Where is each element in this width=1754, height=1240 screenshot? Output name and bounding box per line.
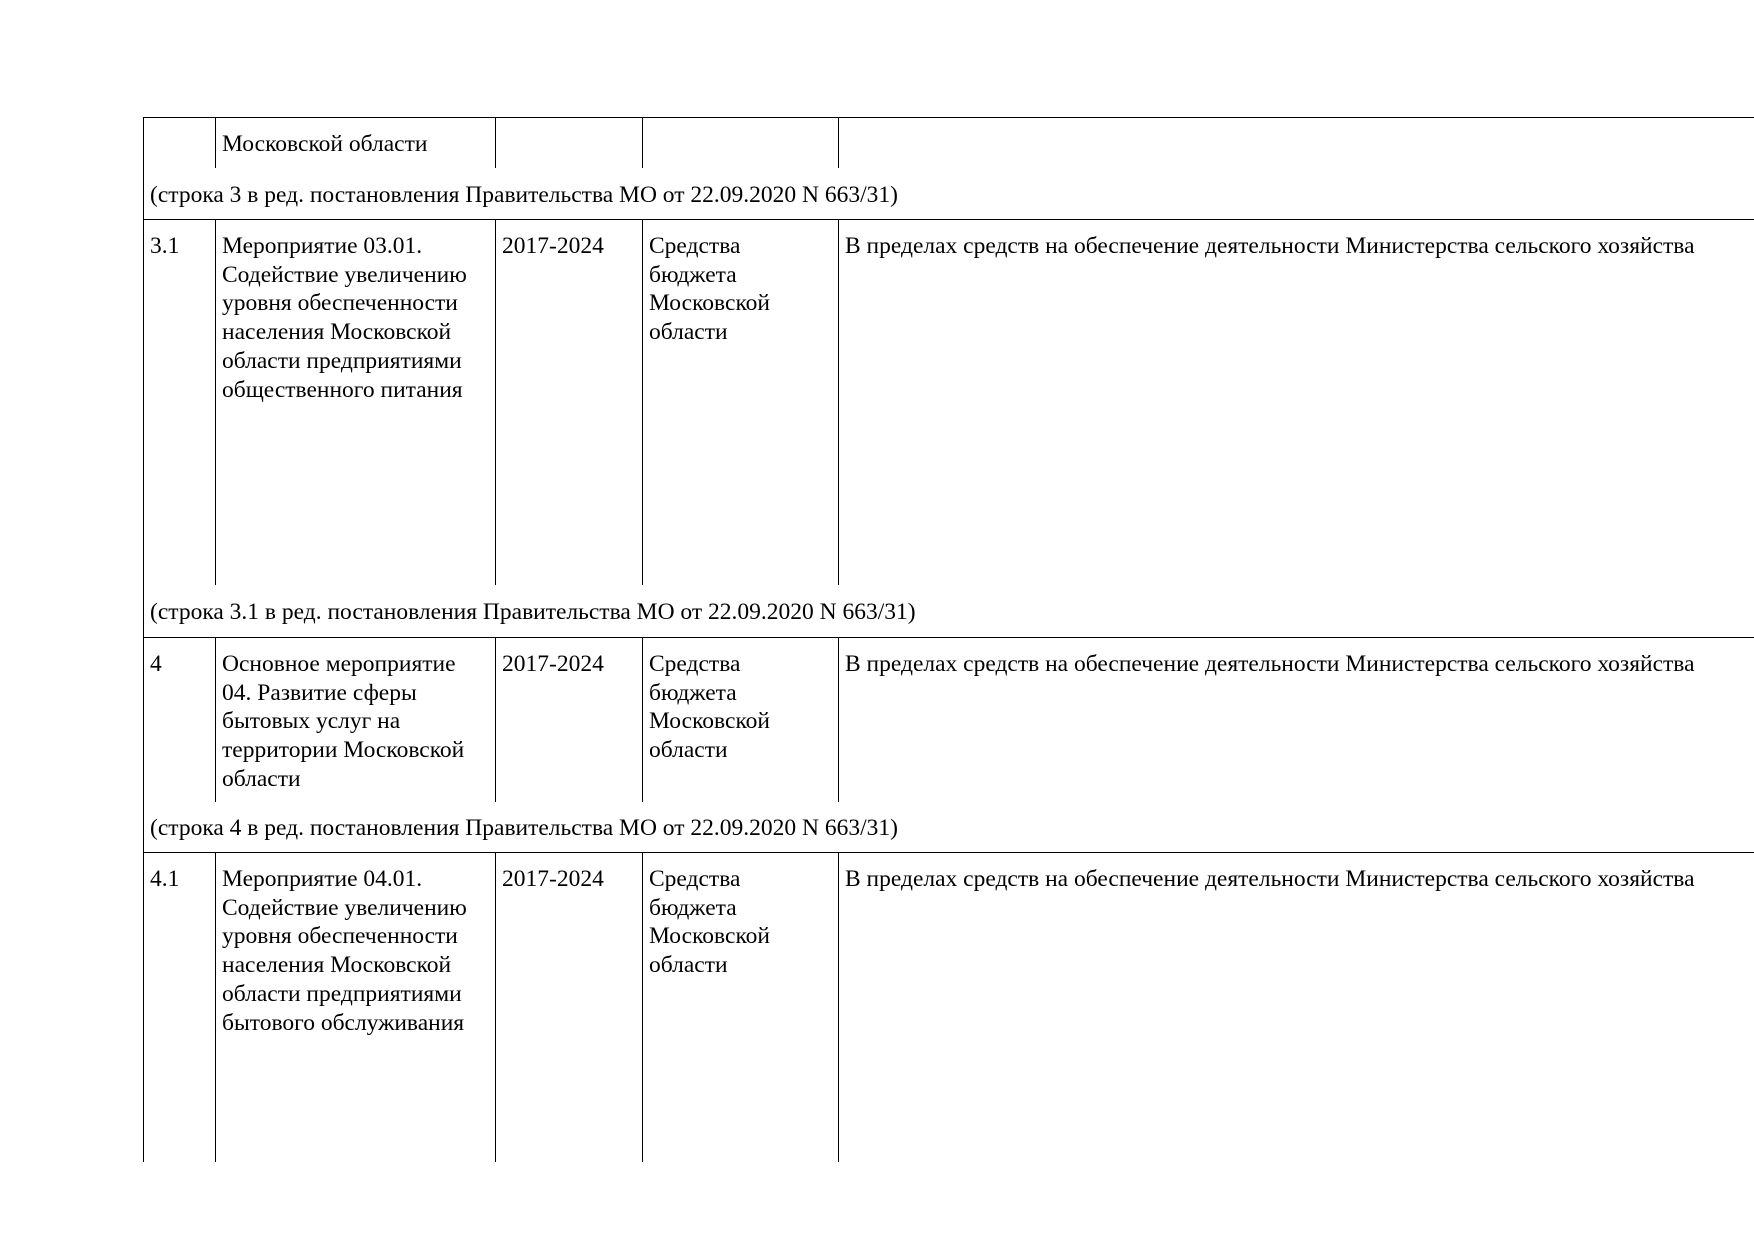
row-number-cell: 3.1 xyxy=(150,232,210,261)
activity-name-cell: Мероприятие 04.01. Содействие увеличению… xyxy=(222,865,494,1037)
funding-source-cell: Средства бюджета Московской области xyxy=(649,650,835,765)
column-divider xyxy=(495,219,496,585)
row-separator xyxy=(143,637,1754,638)
table-left-border xyxy=(143,117,144,1162)
column-divider xyxy=(642,219,643,585)
column-divider xyxy=(642,852,643,1162)
column-divider xyxy=(215,219,216,585)
period-cell: 2017-2024 xyxy=(502,650,640,679)
amendment-note: (строка 3 в ред. постановления Правитель… xyxy=(150,181,898,210)
column-divider xyxy=(838,852,839,1162)
column-divider xyxy=(838,117,839,168)
row-separator xyxy=(143,219,1754,220)
amendment-note: (строка 4 в ред. постановления Правитель… xyxy=(150,814,898,843)
column-divider xyxy=(642,117,643,168)
column-divider xyxy=(215,117,216,168)
table-top-border xyxy=(143,117,1754,118)
column-divider xyxy=(838,219,839,585)
row-number-cell: 4.1 xyxy=(150,865,210,894)
column-divider xyxy=(495,852,496,1162)
column-divider xyxy=(215,852,216,1162)
column-divider xyxy=(642,637,643,802)
period-cell: 2017-2024 xyxy=(502,865,640,894)
activity-name-cell: Московской области xyxy=(222,130,492,159)
activity-name-cell: Основное мероприятие 04. Развитие сферы … xyxy=(222,650,494,794)
funding-source-cell: Средства бюджета Московской области xyxy=(649,232,835,347)
column-divider xyxy=(838,637,839,802)
funding-amount-cell: В пределах средств на обеспечение деятел… xyxy=(845,865,1695,894)
row-number-cell: 4 xyxy=(150,650,210,679)
activity-name-cell: Мероприятие 03.01. Содействие увеличению… xyxy=(222,232,494,404)
funding-source-cell: Средства бюджета Московской области xyxy=(649,865,835,980)
funding-amount-cell: В пределах средств на обеспечение деятел… xyxy=(845,232,1695,261)
amendment-note: (строка 3.1 в ред. постановления Правите… xyxy=(150,598,916,627)
period-cell: 2017-2024 xyxy=(502,232,640,261)
column-divider xyxy=(495,637,496,802)
funding-amount-cell: В пределах средств на обеспечение деятел… xyxy=(845,650,1695,679)
row-separator xyxy=(143,852,1754,853)
column-divider xyxy=(215,637,216,802)
document-page: Московской области (строка 3 в ред. пост… xyxy=(0,0,1754,1240)
column-divider xyxy=(495,117,496,168)
